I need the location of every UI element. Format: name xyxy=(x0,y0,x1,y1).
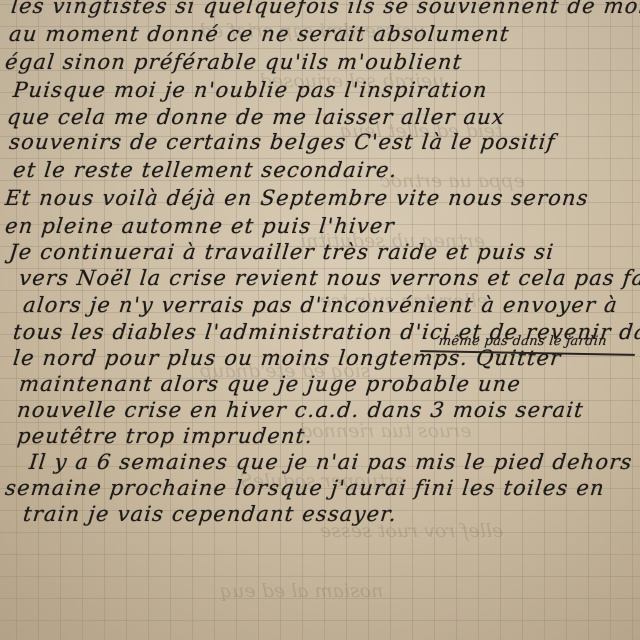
letter-body-lower: train je vais cependant essayer. xyxy=(0,0,640,640)
letter-line: train je vais cependant essayer. xyxy=(22,502,398,526)
